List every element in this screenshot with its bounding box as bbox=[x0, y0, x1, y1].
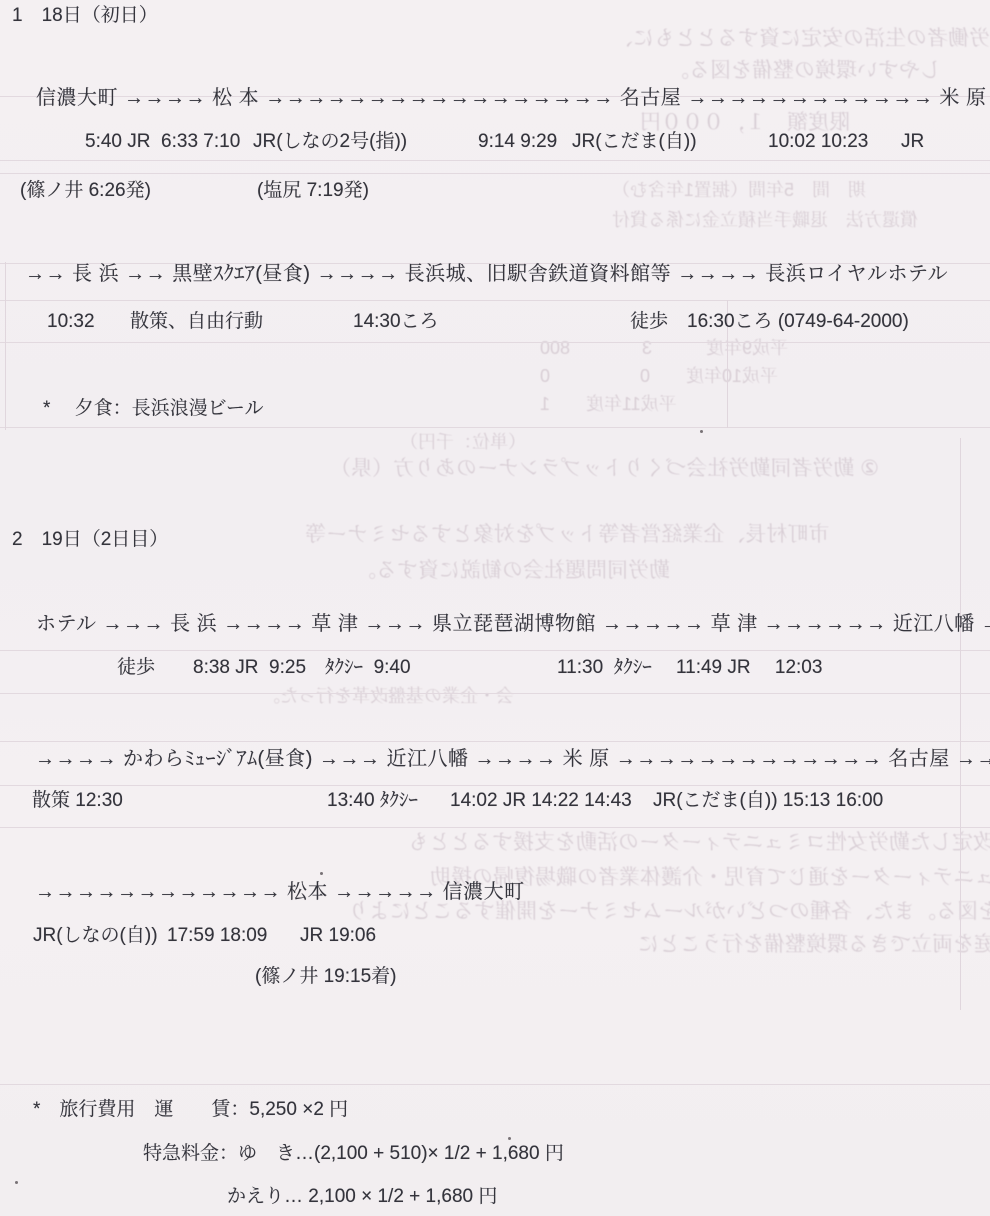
scan-speck bbox=[700, 430, 703, 433]
day2-times-leg1-morning: 8:38 JR 9:25 ﾀｸｼｰ 9:40 bbox=[193, 656, 411, 680]
bleedthrough-table-row: 償還方法 退職手当積立金に係る貸付 bbox=[612, 206, 918, 232]
cost-express-outbound: 特急料金：ゆ き…(2,100 + 510)× 1/2 + 1,680 円 bbox=[143, 1142, 564, 1166]
bleedthrough-text: 労働者の生活の安定に資するとともに、 bbox=[612, 22, 990, 52]
scan-line bbox=[0, 342, 990, 343]
bleedthrough-text: 本と家庭を両立できる環境整備を行うことに bbox=[638, 928, 990, 958]
bleedthrough-text: しやすい環境の整備を図る。 bbox=[668, 54, 941, 84]
day1-train-jr: JR bbox=[901, 130, 924, 154]
scan-line bbox=[0, 1084, 990, 1085]
bleedthrough-table-row: 期 間 5年間（据置1年含む） bbox=[612, 176, 866, 202]
day1-times-leg2-arrival: 10:32 bbox=[47, 310, 95, 334]
bleedthrough-text: （単位：千円） bbox=[400, 428, 526, 454]
day1-train-shinano: JR(しなの2号(指)) bbox=[253, 130, 407, 154]
scan-line bbox=[0, 827, 990, 828]
scan-line bbox=[0, 741, 990, 742]
scan-speck bbox=[15, 1181, 18, 1184]
day1-route-leg2: →→ 長 浜 →→ 黒壁ｽｸｴｱ(昼食) →→→→ 長浜城、旧駅舎鉄道資料館等 … bbox=[25, 262, 948, 286]
day2-heading: 2 19日（2日目） bbox=[12, 528, 168, 552]
day2-times-leg2-kodama: JR(こだま(自)) 15:13 16:00 bbox=[653, 789, 883, 813]
scan-line bbox=[0, 160, 990, 161]
day1-departure-note-shinonoi: (篠ノ井 6:26発) bbox=[20, 179, 151, 203]
day2-times-leg3-times: 17:59 18:09 bbox=[167, 924, 267, 948]
day2-route-leg2: →→→→ かわらﾐｭｰｼﾞｱﾑ(昼食) →→→ 近江八幡 →→→→ 米 原 →→… bbox=[35, 747, 990, 771]
day1-times-leg1c: 10:02 10:23 bbox=[768, 130, 868, 154]
day2-times-leg1-midday: 11:30 ﾀｸｼｰ 11:49 JR 12:03 bbox=[557, 656, 822, 680]
bleedthrough-text: 勤労同問題社会の勧説に資する。 bbox=[355, 554, 670, 584]
day2-times-leg2-trains: 14:02 JR 14:22 14:43 bbox=[450, 789, 632, 813]
bleedthrough-text: 会・企業の基盤改革を行った。 bbox=[262, 682, 514, 708]
scanned-itinerary-page: 労働者の生活の安定に資するとともに、 しやすい環境の整備を図る。 限度額 １，０… bbox=[0, 0, 990, 1216]
bleedthrough-table-row: 平成11年度 1 bbox=[540, 390, 677, 416]
scan-line bbox=[0, 785, 990, 786]
day1-times-leg1: 5:40 JR 6:33 7:10 bbox=[85, 130, 240, 154]
day1-departure-note-shiojiri: (塩尻 7:19発) bbox=[257, 179, 369, 203]
scan-line bbox=[0, 650, 990, 651]
day2-times-leg3-jr: JR 19:06 bbox=[300, 924, 376, 948]
day1-times-leg2-time: 14:30ころ bbox=[353, 310, 439, 334]
day1-times-leg2-activity: 散策、自由行動 bbox=[130, 310, 263, 334]
day1-times-leg1b: 9:14 9:29 bbox=[478, 130, 557, 154]
day2-times-leg2-taxi: 13:40 ﾀｸｼｰ bbox=[327, 789, 418, 813]
day1-heading: 1 18日（初日） bbox=[12, 4, 158, 28]
scan-line bbox=[0, 300, 990, 301]
scan-line bbox=[0, 427, 990, 428]
bleedthrough-text: 平成8年度改定した勤労女性コミュニティーターの活動を支援するととも bbox=[408, 826, 990, 856]
scan-line bbox=[0, 173, 990, 174]
cost-express-return: かえり… 2,100 × 1/2 + 1,680 円 bbox=[227, 1185, 497, 1209]
day2-times-leg1-walk: 徒歩 bbox=[117, 656, 155, 680]
bleedthrough-table-row: 平成10年度 0 0 bbox=[540, 362, 778, 388]
day1-dinner-note: * 夕食：長浜浪漫ビール bbox=[43, 397, 264, 421]
day1-train-kodama: JR(こだま(自)) bbox=[572, 130, 697, 154]
cost-fare-line: * 旅行費用 運 賃：5,250 ×2 円 bbox=[33, 1098, 348, 1122]
scan-line bbox=[0, 693, 990, 694]
day2-arrival-note: (篠ノ井 19:15着) bbox=[255, 965, 396, 989]
scan-speck bbox=[508, 1137, 511, 1140]
day2-times-leg2-stroll: 散策 12:30 bbox=[32, 789, 123, 813]
bleedthrough-text: ② 勤労者同勤労社会づくりトップランナーのあり方（県） bbox=[330, 452, 879, 482]
bleedthrough-text: 市町村長、企業経営者等トップを対象とするセミナー等 bbox=[305, 518, 829, 548]
scan-speck bbox=[320, 872, 323, 875]
scan-line bbox=[960, 438, 961, 1010]
bleedthrough-table-row: 平成9年度 3 800 bbox=[540, 334, 788, 360]
day1-route-leg1: 信濃大町 →→→→ 松 本 →→→→→→→→→→→→→→→→→ 名古屋 →→→→… bbox=[36, 86, 990, 110]
day2-times-leg3-shinano: JR(しなの(自)) bbox=[33, 924, 158, 948]
day2-route-leg3: →→→→→→→→→→→→ 松本 →→→→→ 信濃大町 bbox=[35, 880, 525, 904]
scan-line bbox=[5, 262, 6, 430]
day2-route-leg1: ホテル →→→ 長 浜 →→→→ 草 津 →→→ 県立琵琶湖博物館 →→→→→ … bbox=[36, 612, 990, 636]
day1-times-leg2-hotel: 徒歩 16:30ころ (0749-64-2000) bbox=[630, 310, 909, 334]
